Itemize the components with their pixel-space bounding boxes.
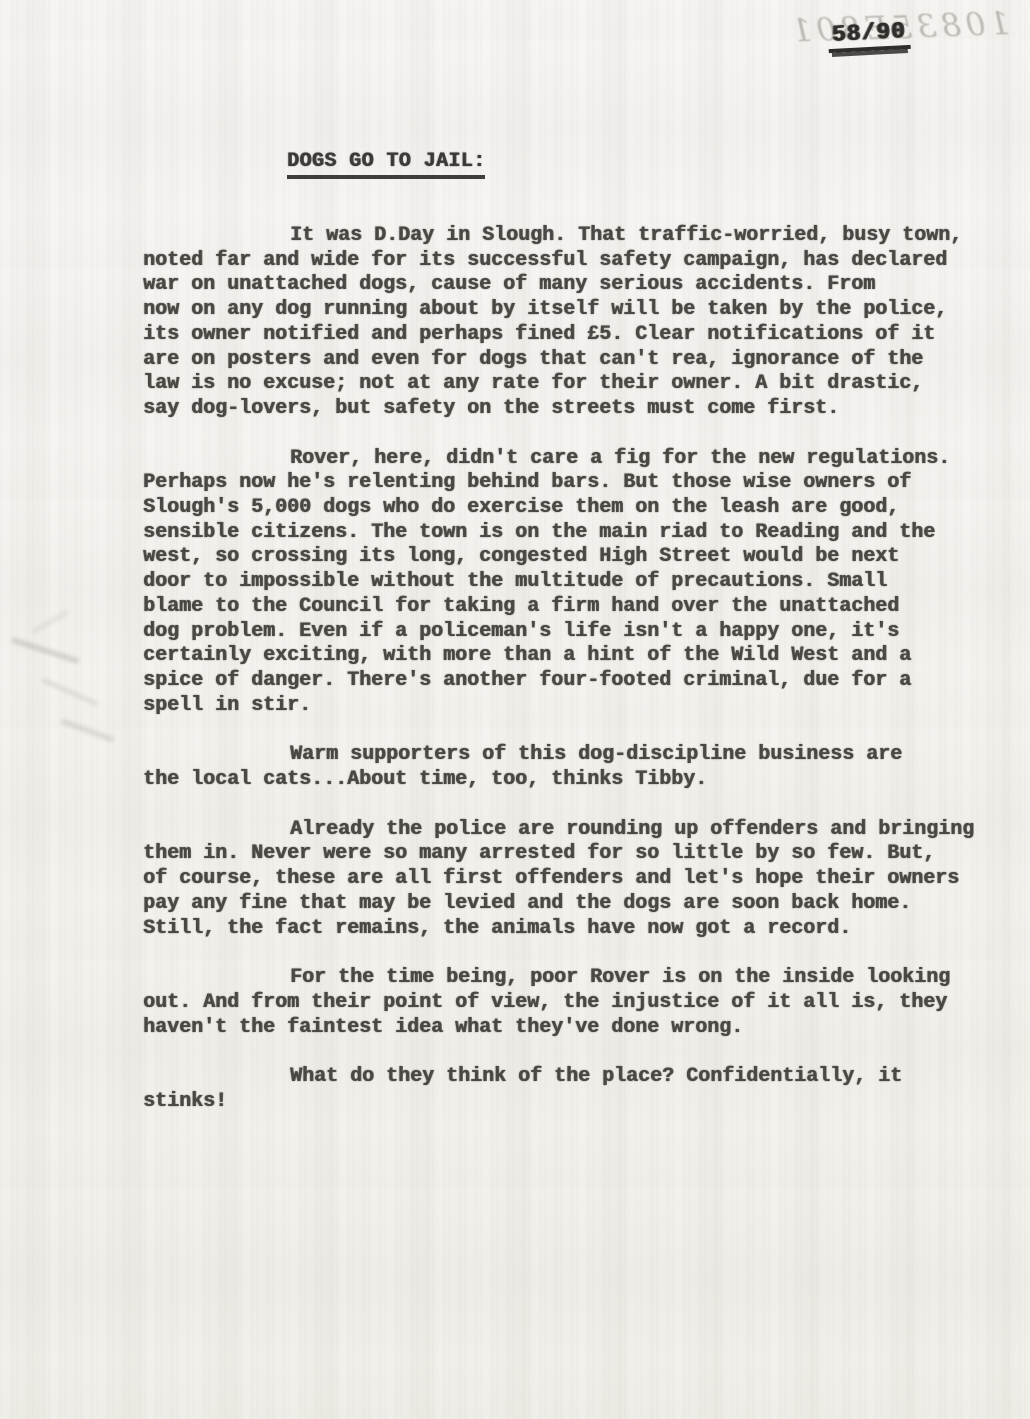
page-number-stamp: 58/90 [827, 18, 911, 53]
paragraph-6: What do they think of the place? Confide… [143, 1065, 999, 1114]
paragraph-3: Warm supporters of this dog-discipline b… [143, 743, 999, 792]
pencil-smudge [11, 637, 79, 663]
pencil-smudge [42, 678, 98, 706]
document-body: It was D.Day in Slough. That traffic-wor… [143, 224, 999, 1140]
paragraph-1: It was D.Day in Slough. That traffic-wor… [143, 224, 999, 422]
pencil-smudge [32, 610, 69, 633]
scanned-document-page: 10835E801 58/90 DOGS GO TO JAIL: It was … [0, 0, 1030, 1419]
page-number-stamp-area: 10835E801 58/90 [690, 6, 1010, 76]
document-title: DOGS GO TO JAIL: [287, 150, 485, 179]
paragraph-4: Already the police are rounding up offen… [143, 818, 999, 942]
paragraph-2: Rover, here, didn't care a fig for the n… [143, 447, 999, 719]
pencil-smudge [61, 719, 114, 743]
paragraph-5: For the time being, poor Rover is on the… [143, 966, 999, 1040]
